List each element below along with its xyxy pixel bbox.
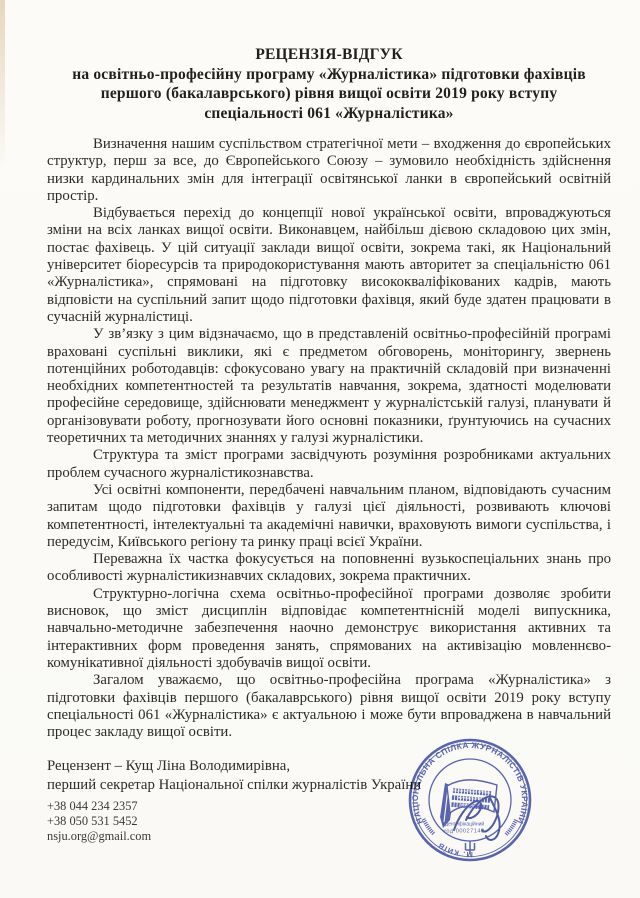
paragraph: У зв’язку з цим відзначаємо, що в предст… (47, 326, 611, 447)
title-line: на освітньо-професійну програму «Журналі… (47, 65, 611, 85)
stamp-id-label: Ідентифікаційний (444, 821, 485, 828)
title-line: спеціальності 061 «Журналістика» (47, 104, 611, 124)
paragraph: Відбувається перехід до концепції нової … (47, 205, 611, 326)
scan-edge-artifact (0, 0, 5, 170)
document-page: РЕЦЕНЗІЯ-ВІДГУК на освітньо-професійну п… (0, 0, 640, 898)
paragraph: Усі освітні компоненти, передбачені навч… (47, 482, 611, 551)
paragraph: Структура та зміст програми засвідчують … (47, 447, 611, 482)
title-line: першого (бакалаврського) рівня вищої осв… (47, 84, 611, 104)
page-content: РЕЦЕНЗІЯ-ВІДГУК на освітньо-професійну п… (47, 45, 611, 844)
document-title: РЕЦЕНЗІЯ-ВІДГУК на освітньо-професійну п… (47, 45, 611, 123)
stamp-id-number: код 00027140 (443, 829, 484, 835)
title-line: РЕЦЕНЗІЯ-ВІДГУК (47, 45, 611, 65)
paragraph: Визначення нашим суспільством стратегічн… (47, 136, 611, 205)
paragraph: Переважна їх частка фокусується на попов… (47, 551, 611, 586)
paragraph: Структурно-логічна схема освітньо-профес… (47, 586, 611, 672)
official-stamp: НАЦІОНАЛЬНА СПІЛКА ЖУРНАЛІСТІВ УКРАЇНИ М… (400, 730, 540, 870)
